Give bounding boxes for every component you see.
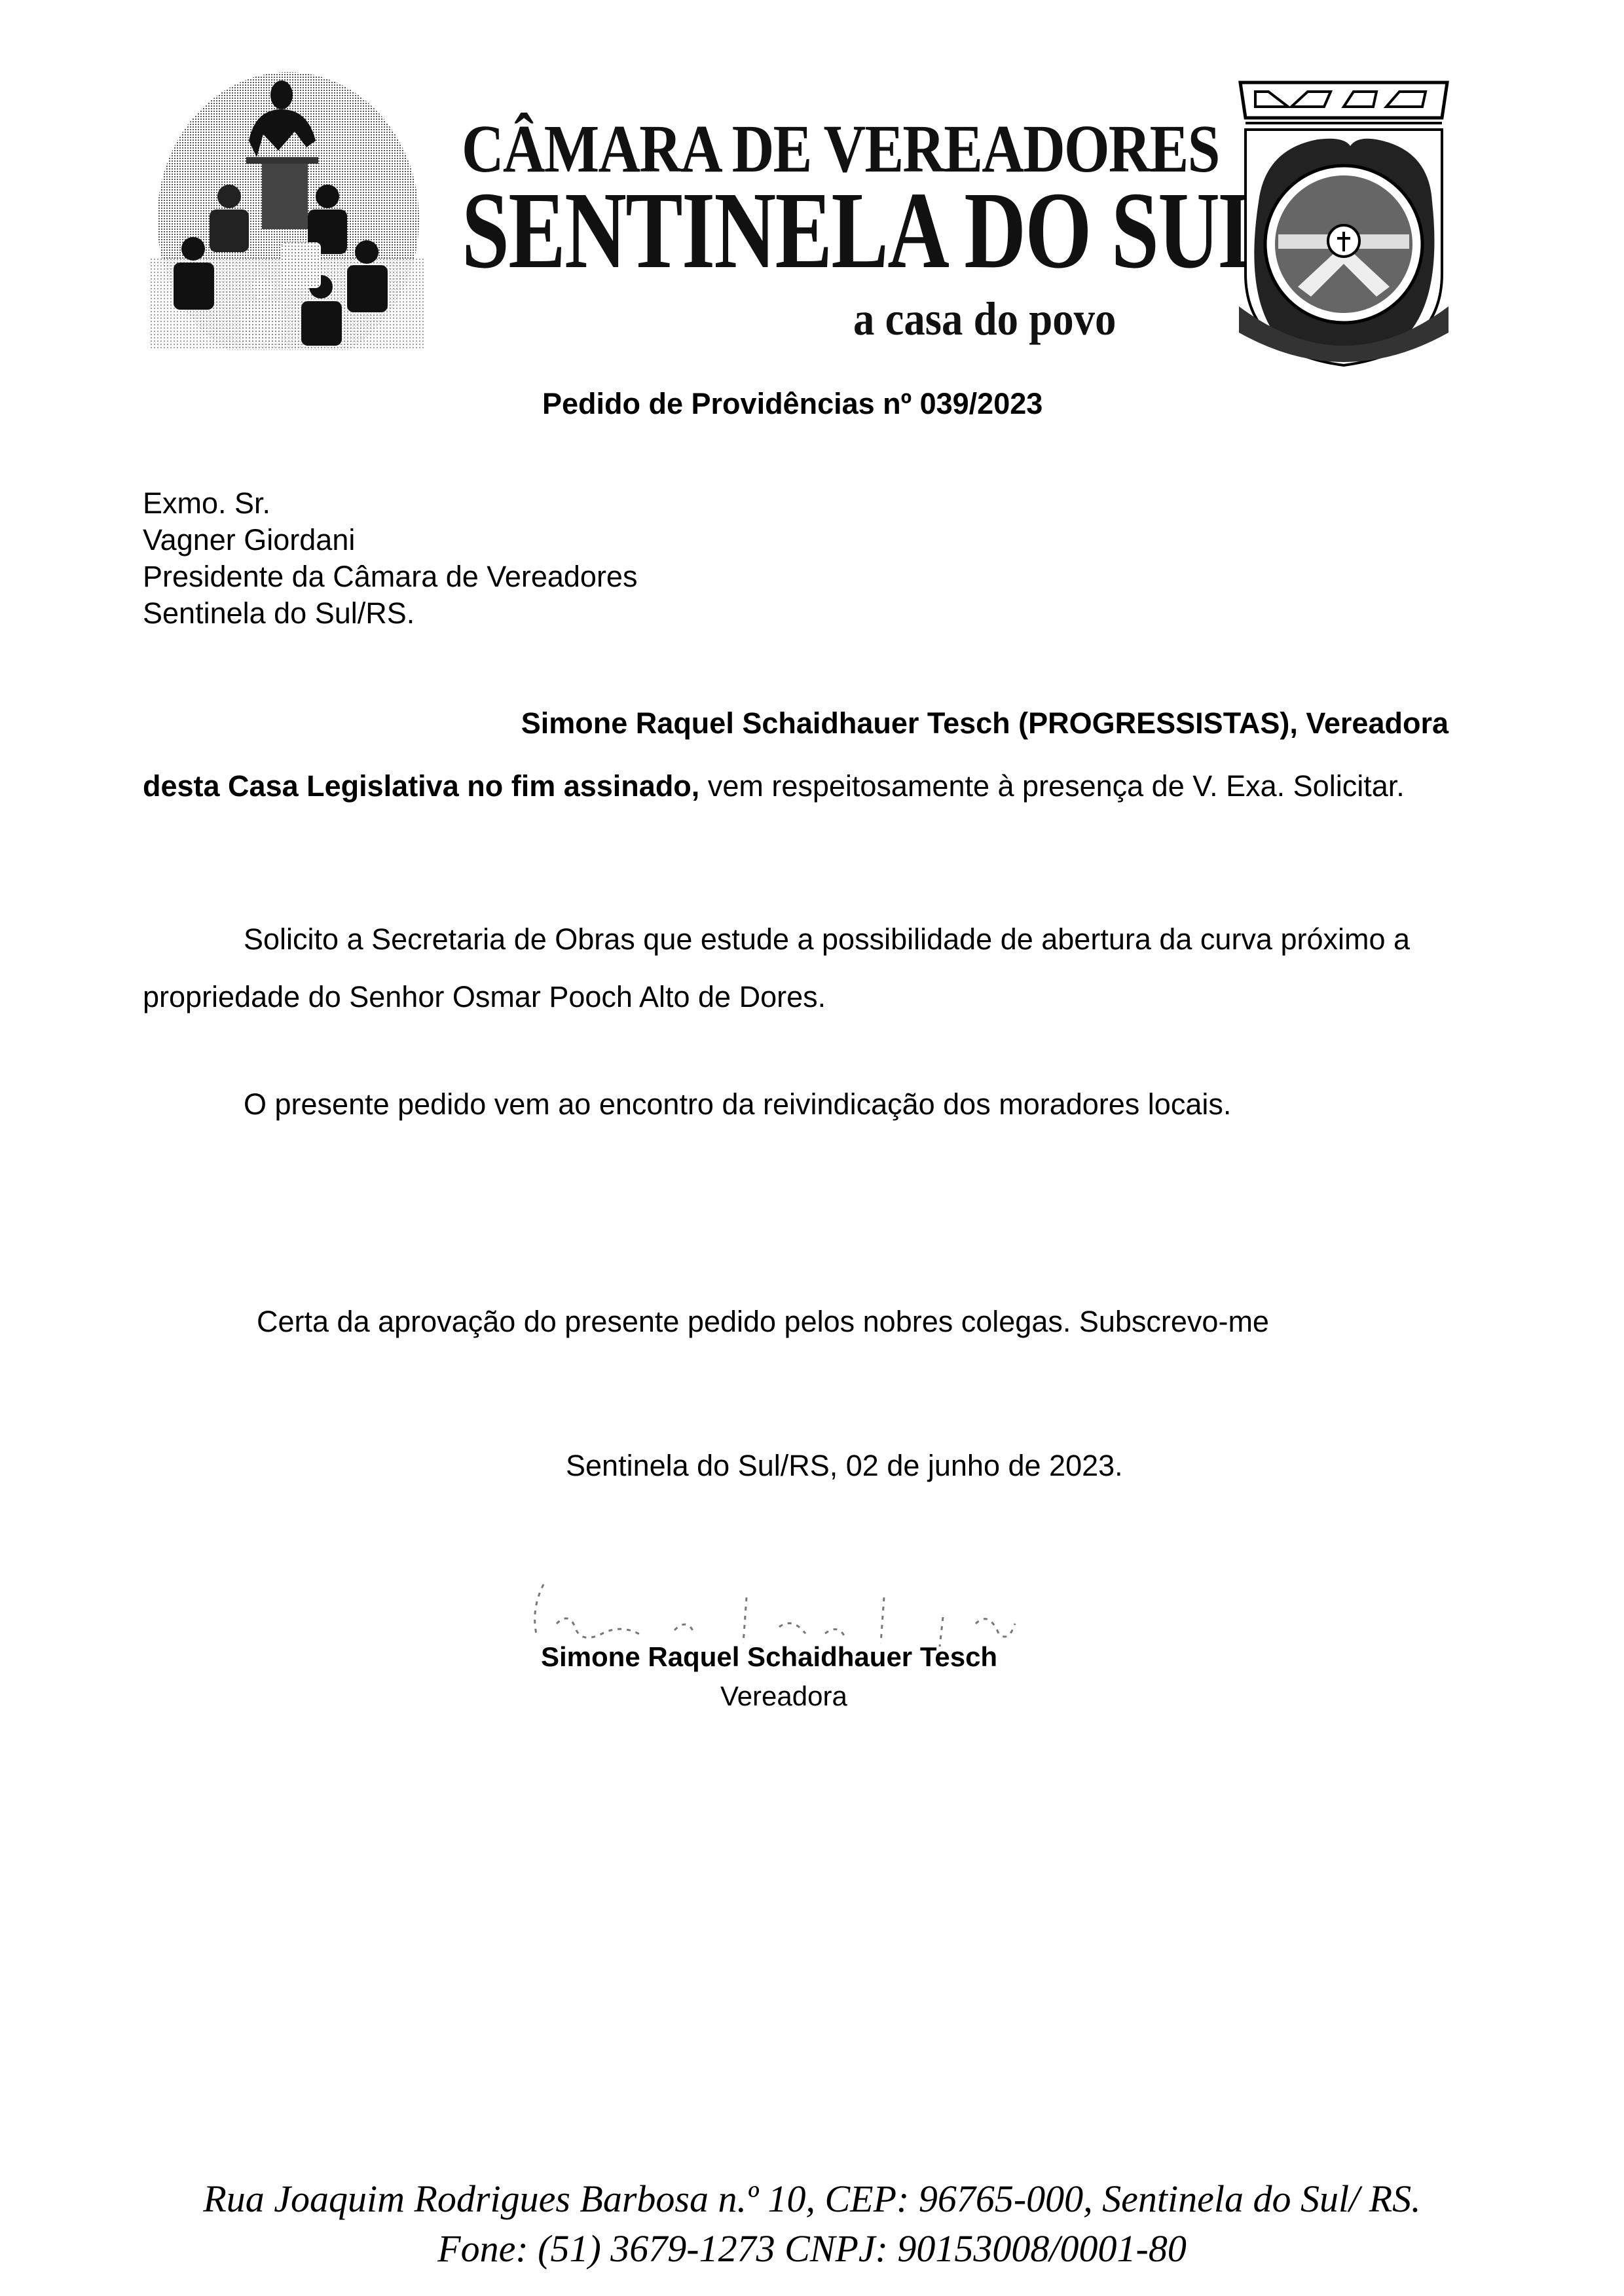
intro-author-line: Simone Raquel Schaidhauer Tesch (PROGRES…: [143, 708, 1449, 738]
council-tagline: a casa do povo: [853, 292, 1116, 346]
coat-of-arms-icon: [1226, 77, 1462, 385]
recipient-position: Presidente da Câmara de Vereadores: [143, 562, 637, 591]
intro-regular-phrase: vem respeitosamente à presença de V. Exa…: [699, 769, 1404, 803]
date-line: Sentinela do Sul/RS, 02 de junho de 2023…: [566, 1451, 1123, 1480]
closing-paragraph: Certa da aprovação do presente pedido pe…: [257, 1307, 1269, 1336]
recipient-name: Vagner Giordani: [143, 525, 355, 555]
municipality-name-heading: SENTINELA DO SUL: [462, 175, 1275, 285]
intro-request-line: desta Casa Legislativa no fim assinado, …: [143, 771, 1405, 801]
people-assembly-logo: [151, 69, 426, 350]
request-paragraph-line2: propriedade do Senhor Osmar Pooch Alto d…: [143, 982, 826, 1011]
recipient-salutation: Exmo. Sr.: [143, 488, 270, 518]
document-title: Pedido de Providências nº 039/2023: [542, 389, 1043, 418]
footer-address: Rua Joaquim Rodrigues Barbosa n.º 10, CE…: [0, 2180, 1624, 2218]
signer-name: Simone Raquel Schaidhauer Tesch: [541, 1643, 997, 1671]
signer-role: Vereadora: [720, 1683, 847, 1710]
intro-bold-phrase: desta Casa Legislativa no fim assinado,: [143, 769, 699, 803]
footer-contact: Fone: (51) 3679-1273 CNPJ: 90153008/0001…: [0, 2230, 1624, 2268]
justification-paragraph: O presente pedido vem ao encontro da rei…: [244, 1089, 1231, 1119]
request-paragraph-line1: Solicito a Secretaria de Obras que estud…: [244, 924, 1410, 954]
recipient-location: Sentinela do Sul/RS.: [143, 598, 415, 628]
